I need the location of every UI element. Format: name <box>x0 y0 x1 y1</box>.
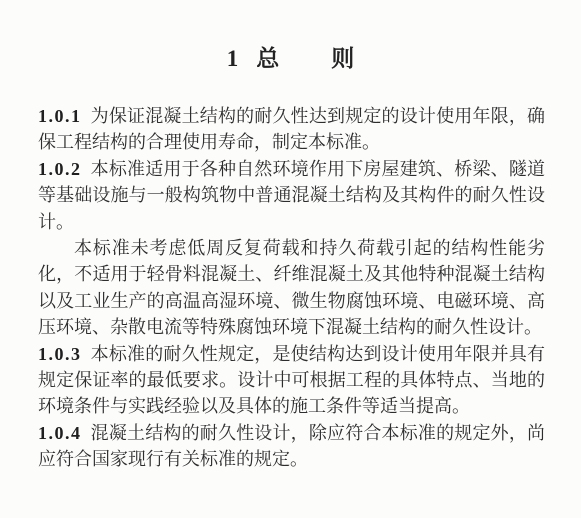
clause-paragraph: 1.0.3本标准的耐久性规定，是使结构达到设计使用年限并具有规定保证率的最低要求… <box>38 341 545 420</box>
chapter-title-text: 总 则 <box>256 46 356 71</box>
clause-number: 1.0.2 <box>38 159 82 179</box>
clause-text: 本标准适用于各种自然环境作用下房屋建筑、桥梁、隧道等基础设施与一般构筑物中普通混… <box>38 159 545 232</box>
clause-number: 1.0.4 <box>38 423 82 443</box>
clause-paragraph: 1.0.1为保证混凝土结构的耐久性达到规定的设计使用年限，确保工程结构的合理使用… <box>38 103 545 156</box>
clause-text: 本标准未考虑低周反复荷载和持久荷载引起的结构性能劣化，不适用于轻骨料混凝土、纤维… <box>38 238 545 337</box>
clause-text: 混凝土结构的耐久性设计，除应符合本标准的规定外，尚应符合国家现行有关标准的规定。 <box>38 423 545 469</box>
chapter-title: 1总 则 <box>38 40 545 73</box>
clause-text: 本标准的耐久性规定，是使结构达到设计使用年限并具有规定保证率的最低要求。设计中可… <box>38 344 545 417</box>
clause-paragraph: 1.0.2本标准适用于各种自然环境作用下房屋建筑、桥梁、隧道等基础设施与一般构筑… <box>38 156 545 235</box>
clause-paragraph: 1.0.4混凝土结构的耐久性设计，除应符合本标准的规定外，尚应符合国家现行有关标… <box>38 420 545 473</box>
chapter-number: 1 <box>227 46 243 71</box>
clause-number: 1.0.3 <box>38 344 82 364</box>
clause-note-paragraph: 本标准未考虑低周反复荷载和持久荷载引起的结构性能劣化，不适用于轻骨料混凝土、纤维… <box>38 235 545 341</box>
clause-text: 为保证混凝土结构的耐久性达到规定的设计使用年限，确保工程结构的合理使用寿命，制定… <box>38 106 545 152</box>
body-text: 1.0.1为保证混凝土结构的耐久性达到规定的设计使用年限，确保工程结构的合理使用… <box>38 103 545 473</box>
document-page: 1总 则 1.0.1为保证混凝土结构的耐久性达到规定的设计使用年限，确保工程结构… <box>0 0 581 518</box>
clause-number: 1.0.1 <box>38 106 82 126</box>
